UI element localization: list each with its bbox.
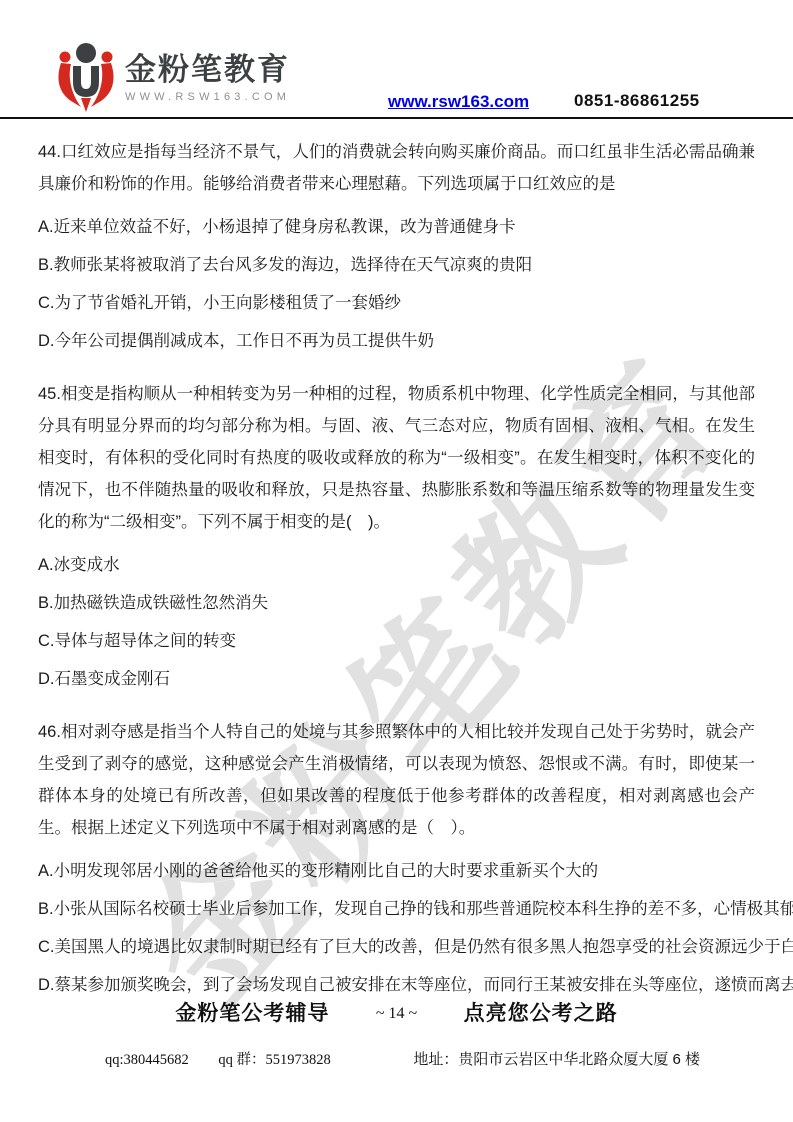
footer-slogan: 金粉笔公考辅导 ~ 14 ~ 点亮您公考之路 <box>0 997 793 1027</box>
qq-contacts: qq:380445682 qq 群：551973828 <box>105 1048 331 1069</box>
question-list: 44.口红效应是指每当经济不景气，人们的消费就会转向购买廉价商品。而口红虽非生活… <box>0 119 793 996</box>
option-line: C.为了节省婚礼开销，小王向影楼租赁了一套婚纱 <box>38 293 755 314</box>
brand-url-caption: WWW.RSW163.COM <box>125 91 290 103</box>
option-line: A.小明发现邻居小刚的爸爸给他买的变形精刚比自己的大时要求重新买个大的 <box>38 861 755 882</box>
page-number: ~ 14 ~ <box>376 1005 417 1022</box>
option-line: D.蔡某参加颁奖晚会，到了会场发现自己被安排在末等座位，而同行王某被安排在头等座… <box>38 975 755 996</box>
option-line: A.近来单位效益不好，小杨退掉了健身房私教课，改为普通健身卡 <box>38 217 755 238</box>
qq-number: qq:380445682 <box>105 1052 189 1068</box>
phone-number: 0851-86861255 <box>574 91 700 111</box>
brand-name: 金粉笔教育 <box>125 52 290 88</box>
option-line: B.小张从国际名校硕士毕业后参加工作，发现自己挣的钱和那些普通院校本科生挣的差不… <box>38 899 755 920</box>
address-text: 地址：贵阳市云岩区中华北路众厦大厦 6 楼 <box>413 1048 700 1069</box>
document-page: 金粉笔教育 金粉笔教育 WWW.RSW163.COM www.rsw163.co… <box>0 0 793 1122</box>
footer-slogan-right: 点亮您公考之路 <box>464 1002 618 1025</box>
option-line: A.冰变成水 <box>38 555 755 576</box>
option-line: B.加热磁铁造成铁磁性忽然消失 <box>38 593 755 614</box>
brand-text: 金粉笔教育 WWW.RSW163.COM <box>125 52 290 103</box>
option-line: D.石墨变成金刚石 <box>38 669 755 690</box>
question-46: 46.相对剥夺感是指当个人特自己的处境与其参照繁体中的人相比较并发现自己处于劣势… <box>38 716 755 996</box>
question-stem: 45.相变是指构顺从一种相转变为另一种相的过程，物质系机中物理、化学性质完全相同… <box>38 378 755 538</box>
question-44: 44.口红效应是指每当经济不景气，人们的消费就会转向购买廉价商品。而口红虽非生活… <box>38 136 755 352</box>
question-stem: 46.相对剥夺感是指当个人特自己的处境与其参照繁体中的人相比较并发现自己处于劣势… <box>38 716 755 844</box>
footer-contacts: qq:380445682 qq 群：551973828 地址：贵阳市云岩区中华北… <box>105 1048 700 1069</box>
website-link[interactable]: www.rsw163.com <box>388 92 529 112</box>
footer-slogan-left: 金粉笔公考辅导 <box>175 1002 329 1025</box>
question-stem: 44.口红效应是指每当经济不景气，人们的消费就会转向购买廉价商品。而口红虽非生活… <box>38 136 755 200</box>
option-line: C.导体与超导体之间的转变 <box>38 631 755 652</box>
page-header: 金粉笔教育 WWW.RSW163.COM www.rsw163.com 0851… <box>0 0 793 119</box>
option-line: B.教师张某将被取消了去台风多发的海边，选择待在天气凉爽的贵阳 <box>38 255 755 276</box>
brand-emblem-icon <box>55 40 117 114</box>
option-line: D.今年公司提偶削减成本，工作日不再为员工提供牛奶 <box>38 331 755 352</box>
option-line: C.美国黑人的境遇比奴隶制时期已经有了巨大的改善，但是仍然有很多黑人抱怨享受的社… <box>38 937 755 958</box>
question-45: 45.相变是指构顺从一种相转变为另一种相的过程，物质系机中物理、化学性质完全相同… <box>38 378 755 690</box>
qq-group-number: qq 群：551973828 <box>218 1052 330 1068</box>
brand-logo: 金粉笔教育 WWW.RSW163.COM <box>55 40 290 114</box>
